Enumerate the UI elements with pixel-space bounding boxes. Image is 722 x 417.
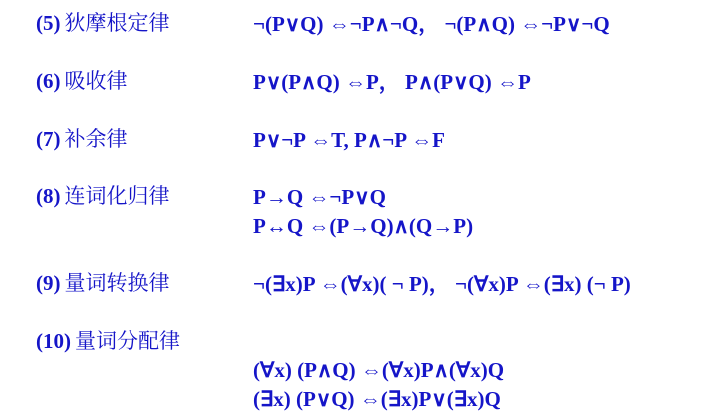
law-name: 补余律 bbox=[65, 127, 128, 151]
law-formula: (∀x) (P∧Q) ⇔(∀x)P∧(∀x)Q bbox=[253, 357, 504, 383]
law-number: (8) bbox=[36, 184, 61, 208]
law-number: (7) bbox=[36, 127, 61, 151]
law-formula: ¬(∃x)P ⇔(∀x)( ¬ P)， ¬(∀x)P ⇔(∃x) (¬ P) bbox=[253, 271, 631, 297]
law-number: (5) bbox=[36, 11, 61, 35]
law-name: 连词化归律 bbox=[65, 184, 170, 208]
law-number: (10) bbox=[36, 329, 71, 353]
law-formula: P↔Q ⇔(P→Q)∧(Q→P) bbox=[253, 213, 473, 239]
law-name: 量词转换律 bbox=[65, 271, 170, 295]
law-formula: (∃x) (P∨Q) ⇔(∃x)P∨(∃x)Q bbox=[253, 386, 501, 412]
law-number: (9) bbox=[36, 271, 61, 295]
law-label: (8)连词化归律 bbox=[36, 183, 170, 209]
law-formula: P→Q ⇔¬P∨Q bbox=[253, 184, 386, 210]
law-name: 吸收律 bbox=[65, 69, 128, 93]
law-label: (7)补余律 bbox=[36, 126, 128, 152]
law-formula: P∨(P∧Q) ⇔P， P∧(P∨Q) ⇔P bbox=[253, 69, 531, 95]
law-formula: P∨¬P ⇔T, P∧¬P ⇔F bbox=[253, 127, 445, 153]
law-label: (10)量词分配律 bbox=[36, 328, 180, 354]
law-name: 量词分配律 bbox=[75, 329, 180, 353]
law-label: (6)吸收律 bbox=[36, 68, 128, 94]
law-name: 狄摩根定律 bbox=[65, 11, 170, 35]
law-label: (9)量词转换律 bbox=[36, 270, 170, 296]
law-number: (6) bbox=[36, 69, 61, 93]
law-label: (5)狄摩根定律 bbox=[36, 10, 170, 36]
law-formula: ¬(P∨Q) ⇔¬P∧¬Q， ¬(P∧Q) ⇔¬P∨¬Q bbox=[253, 11, 610, 37]
